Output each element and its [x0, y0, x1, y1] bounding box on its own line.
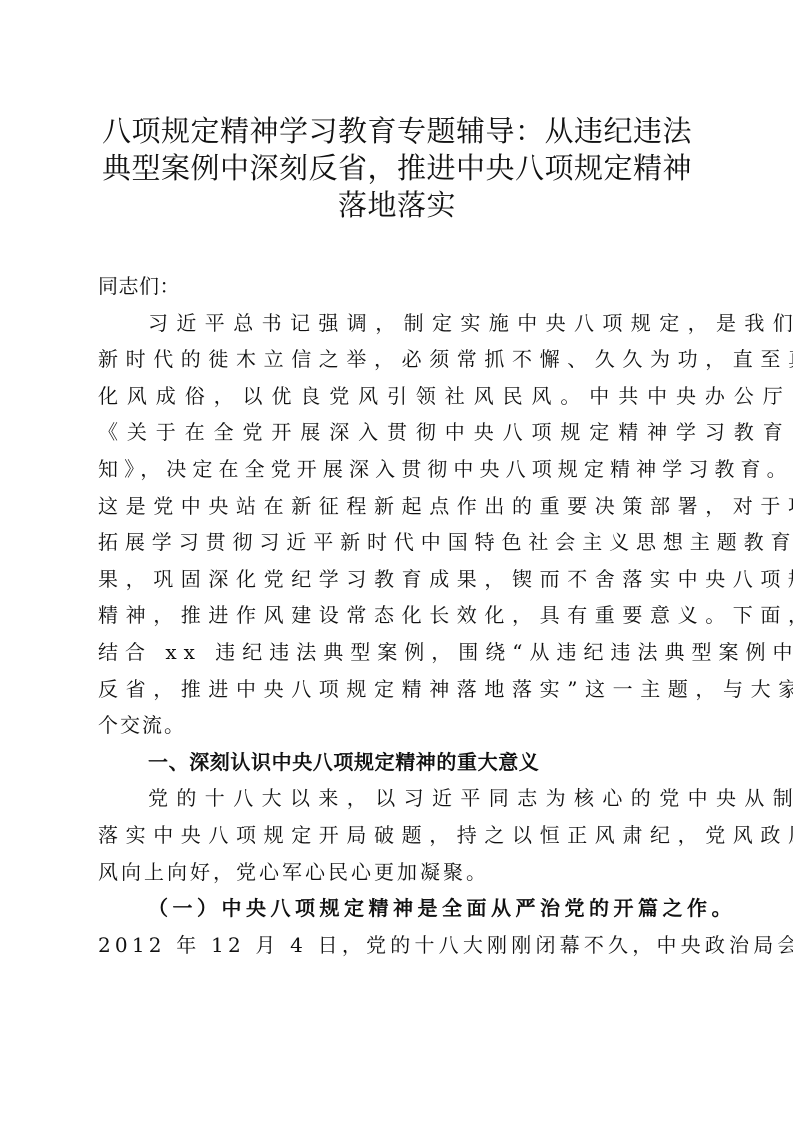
paragraph-line: 化风成俗，以优良党风引领社风民风。中共中央办公厅印发 — [98, 378, 698, 415]
paragraph-line: 果，巩固深化党纪学习教育成果，锲而不舍落实中央八项规定 — [98, 561, 698, 598]
paragraph-line: 精神，推进作风建设常态化长效化，具有重要意义。下面，我 — [98, 597, 698, 634]
subsection-heading: （一）中央八项规定精神是全面从严治党的开篇之作。 — [98, 890, 698, 927]
paragraph-line: 拓展学习贯彻习近平新时代中国特色社会主义思想主题教育成 — [98, 524, 698, 561]
paragraph-line: 这是党中央站在新征程新起点作出的重要决策部署，对于巩固 — [98, 488, 698, 525]
paragraph-line: 2012 年 12 月 4 日，党的十八大刚刚闭幕不久，中央政治局会 — [98, 927, 698, 964]
salutation: 同志们： — [98, 268, 698, 305]
paragraph-line: 知》，决定在全党开展深入贯彻中央八项规定精神学习教育。 — [98, 451, 698, 488]
title-line: 八项规定精神学习教育专题辅导：从违纪违法 — [98, 113, 696, 150]
paragraph-line: 反省，推进中央八项规定精神落地落实”这一主题，与大家作 — [98, 671, 698, 708]
title-line: 典型案例中深刻反省，推进中央八项规定精神 — [98, 150, 696, 187]
paragraph-line: 结合 xx 违纪违法典型案例，围绕“从违纪违法典型案例中深刻 — [98, 634, 698, 671]
paragraph-line: 党的十八大以来，以习近平同志为核心的党中央从制定和 — [98, 780, 698, 817]
paragraph-line: 新时代的徙木立信之举，必须常抓不懈、久久为功，直至真正 — [98, 341, 698, 378]
paragraph-line: 《关于在全党开展深入贯彻中央八项规定精神学习教育的通 — [98, 414, 698, 451]
title-line: 落地落实 — [98, 187, 696, 224]
document-page: 八项规定精神学习教育专题辅导：从违纪违法 典型案例中深刻反省，推进中央八项规定精… — [0, 0, 793, 1122]
paragraph-line: 落实中央八项规定开局破题，持之以恒正风肃纪，党风政风民 — [98, 817, 698, 854]
paragraph-line: 风向上向好，党心军心民心更加凝聚。 — [98, 854, 698, 891]
paragraph-line: 习近平总书记强调，制定实施中央八项规定，是我们党在 — [98, 305, 698, 342]
document-title: 八项规定精神学习教育专题辅导：从违纪违法 典型案例中深刻反省，推进中央八项规定精… — [98, 113, 696, 224]
paragraph-line: 个交流。 — [98, 707, 698, 744]
section-heading: 一、深刻认识中央八项规定精神的重大意义 — [98, 744, 698, 781]
document-body: 同志们： 习近平总书记强调，制定实施中央八项规定，是我们党在 新时代的徙木立信之… — [98, 268, 698, 963]
